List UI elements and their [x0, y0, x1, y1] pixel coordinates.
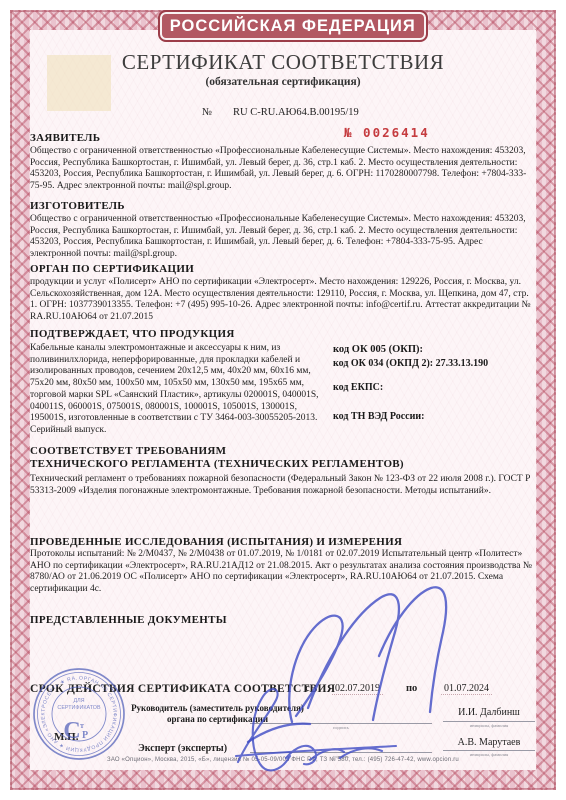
documents-heading: ПРЕДСТАВЛЕННЫЕ ДОКУМЕНТЫ	[30, 614, 227, 626]
manufacturer-heading: ИЗГОТОВИТЕЛЬ	[30, 200, 125, 212]
compliance-heading-line2: ТЕХНИЧЕСКОГО РЕГЛАМЕНТА (ТЕХНИЧЕСКИХ РЕГ…	[30, 458, 404, 470]
product-heading: ПОДТВЕРЖДАЕТ, ЧТО ПРОДУКЦИЯ	[30, 328, 235, 340]
country-banner-text: РОССИЙСКАЯ ФЕДЕРАЦИЯ	[170, 16, 416, 36]
tests-body: Протоколы испытаний: № 2/М0437, № 2/М043…	[30, 549, 536, 596]
registration-number: RU C-RU.АЮ64.В.00195/19	[233, 107, 359, 118]
code-ok005: код ОК 005 (ОКП):	[333, 344, 423, 355]
product-description: Кабельные каналы электромонтажные и аксе…	[30, 343, 333, 437]
head-signature-caption: подпись	[250, 725, 432, 730]
applicant-heading: ЗАЯВИТЕЛЬ	[30, 132, 100, 144]
validity-row: СРОК ДЕЙСТВИЯ СЕРТИФИКАТА СООТВЕТСТВИЯ с…	[0, 683, 566, 699]
validity-from-date: 02.07.2019	[332, 683, 383, 695]
expert-name-line	[443, 750, 535, 751]
certificate-page: РОССИЙСКАЯ ФЕДЕРАЦИЯ СЕРТИФИКАТ СООТВЕТС…	[0, 0, 566, 800]
compliance-body: Технический регламент о требованиях пожа…	[30, 474, 536, 497]
registration-number-row: № RU C-RU.АЮ64.В.00195/19	[202, 107, 359, 118]
expert-role-label: Эксперт (эксперты)	[138, 743, 227, 754]
head-name-line	[443, 721, 535, 722]
certificate-title: СЕРТИФИКАТ СООТВЕТСТВИЯ	[0, 50, 566, 75]
head-role-line1: Руководитель (заместитель руководителя)	[95, 703, 340, 714]
code-tnved: код ТН ВЭД России:	[333, 411, 424, 422]
code-ok034: код ОК 034 (ОКПД 2): 27.33.13.190	[333, 358, 488, 369]
applicant-body: Общество с ограниченной ответственностью…	[30, 146, 536, 193]
code-ekps: код ЕКПС:	[333, 382, 383, 393]
certificate-subtitle: (обязательная сертификация)	[0, 76, 566, 88]
validity-to-label: по	[406, 683, 417, 694]
stamp-place-label: М.П.	[54, 731, 78, 743]
validity-from-label: с	[305, 683, 310, 694]
validity-heading: СРОК ДЕЙСТВИЯ СЕРТИФИКАТА СООТВЕТСТВИЯ	[30, 683, 335, 695]
certification-body-heading: ОРГАН ПО СЕРТИФИКАЦИИ	[30, 263, 194, 275]
country-banner: РОССИЙСКАЯ ФЕДЕРАЦИЯ	[158, 10, 428, 42]
tests-heading: ПРОВЕДЕННЫЕ ИССЛЕДОВАНИЯ (ИСПЫТАНИЯ) И И…	[30, 536, 402, 548]
printer-imprint: ЗАО «Опцион», Москва, 2015, «Б», лицензи…	[0, 757, 566, 763]
certification-body-body: продукции и услуг «Полисерт» АНО по серт…	[30, 277, 536, 324]
manufacturer-body: Общество с ограниченной ответственностью…	[30, 214, 536, 261]
expert-name: А.В. Марутаев	[443, 737, 535, 748]
compliance-heading-line1: СООТВЕТСТВУЕТ ТРЕБОВАНИЯМ	[30, 445, 226, 457]
head-signature-line	[250, 723, 432, 724]
head-name: И.И. Далбинш	[443, 707, 535, 718]
head-name-caption: инициалы, фамилия	[443, 723, 535, 728]
blank-form-number: № 0026414	[344, 125, 430, 140]
number-sign: №	[202, 107, 212, 118]
expert-signature-line	[250, 752, 432, 753]
validity-to-date: 01.07.2024	[441, 683, 492, 695]
